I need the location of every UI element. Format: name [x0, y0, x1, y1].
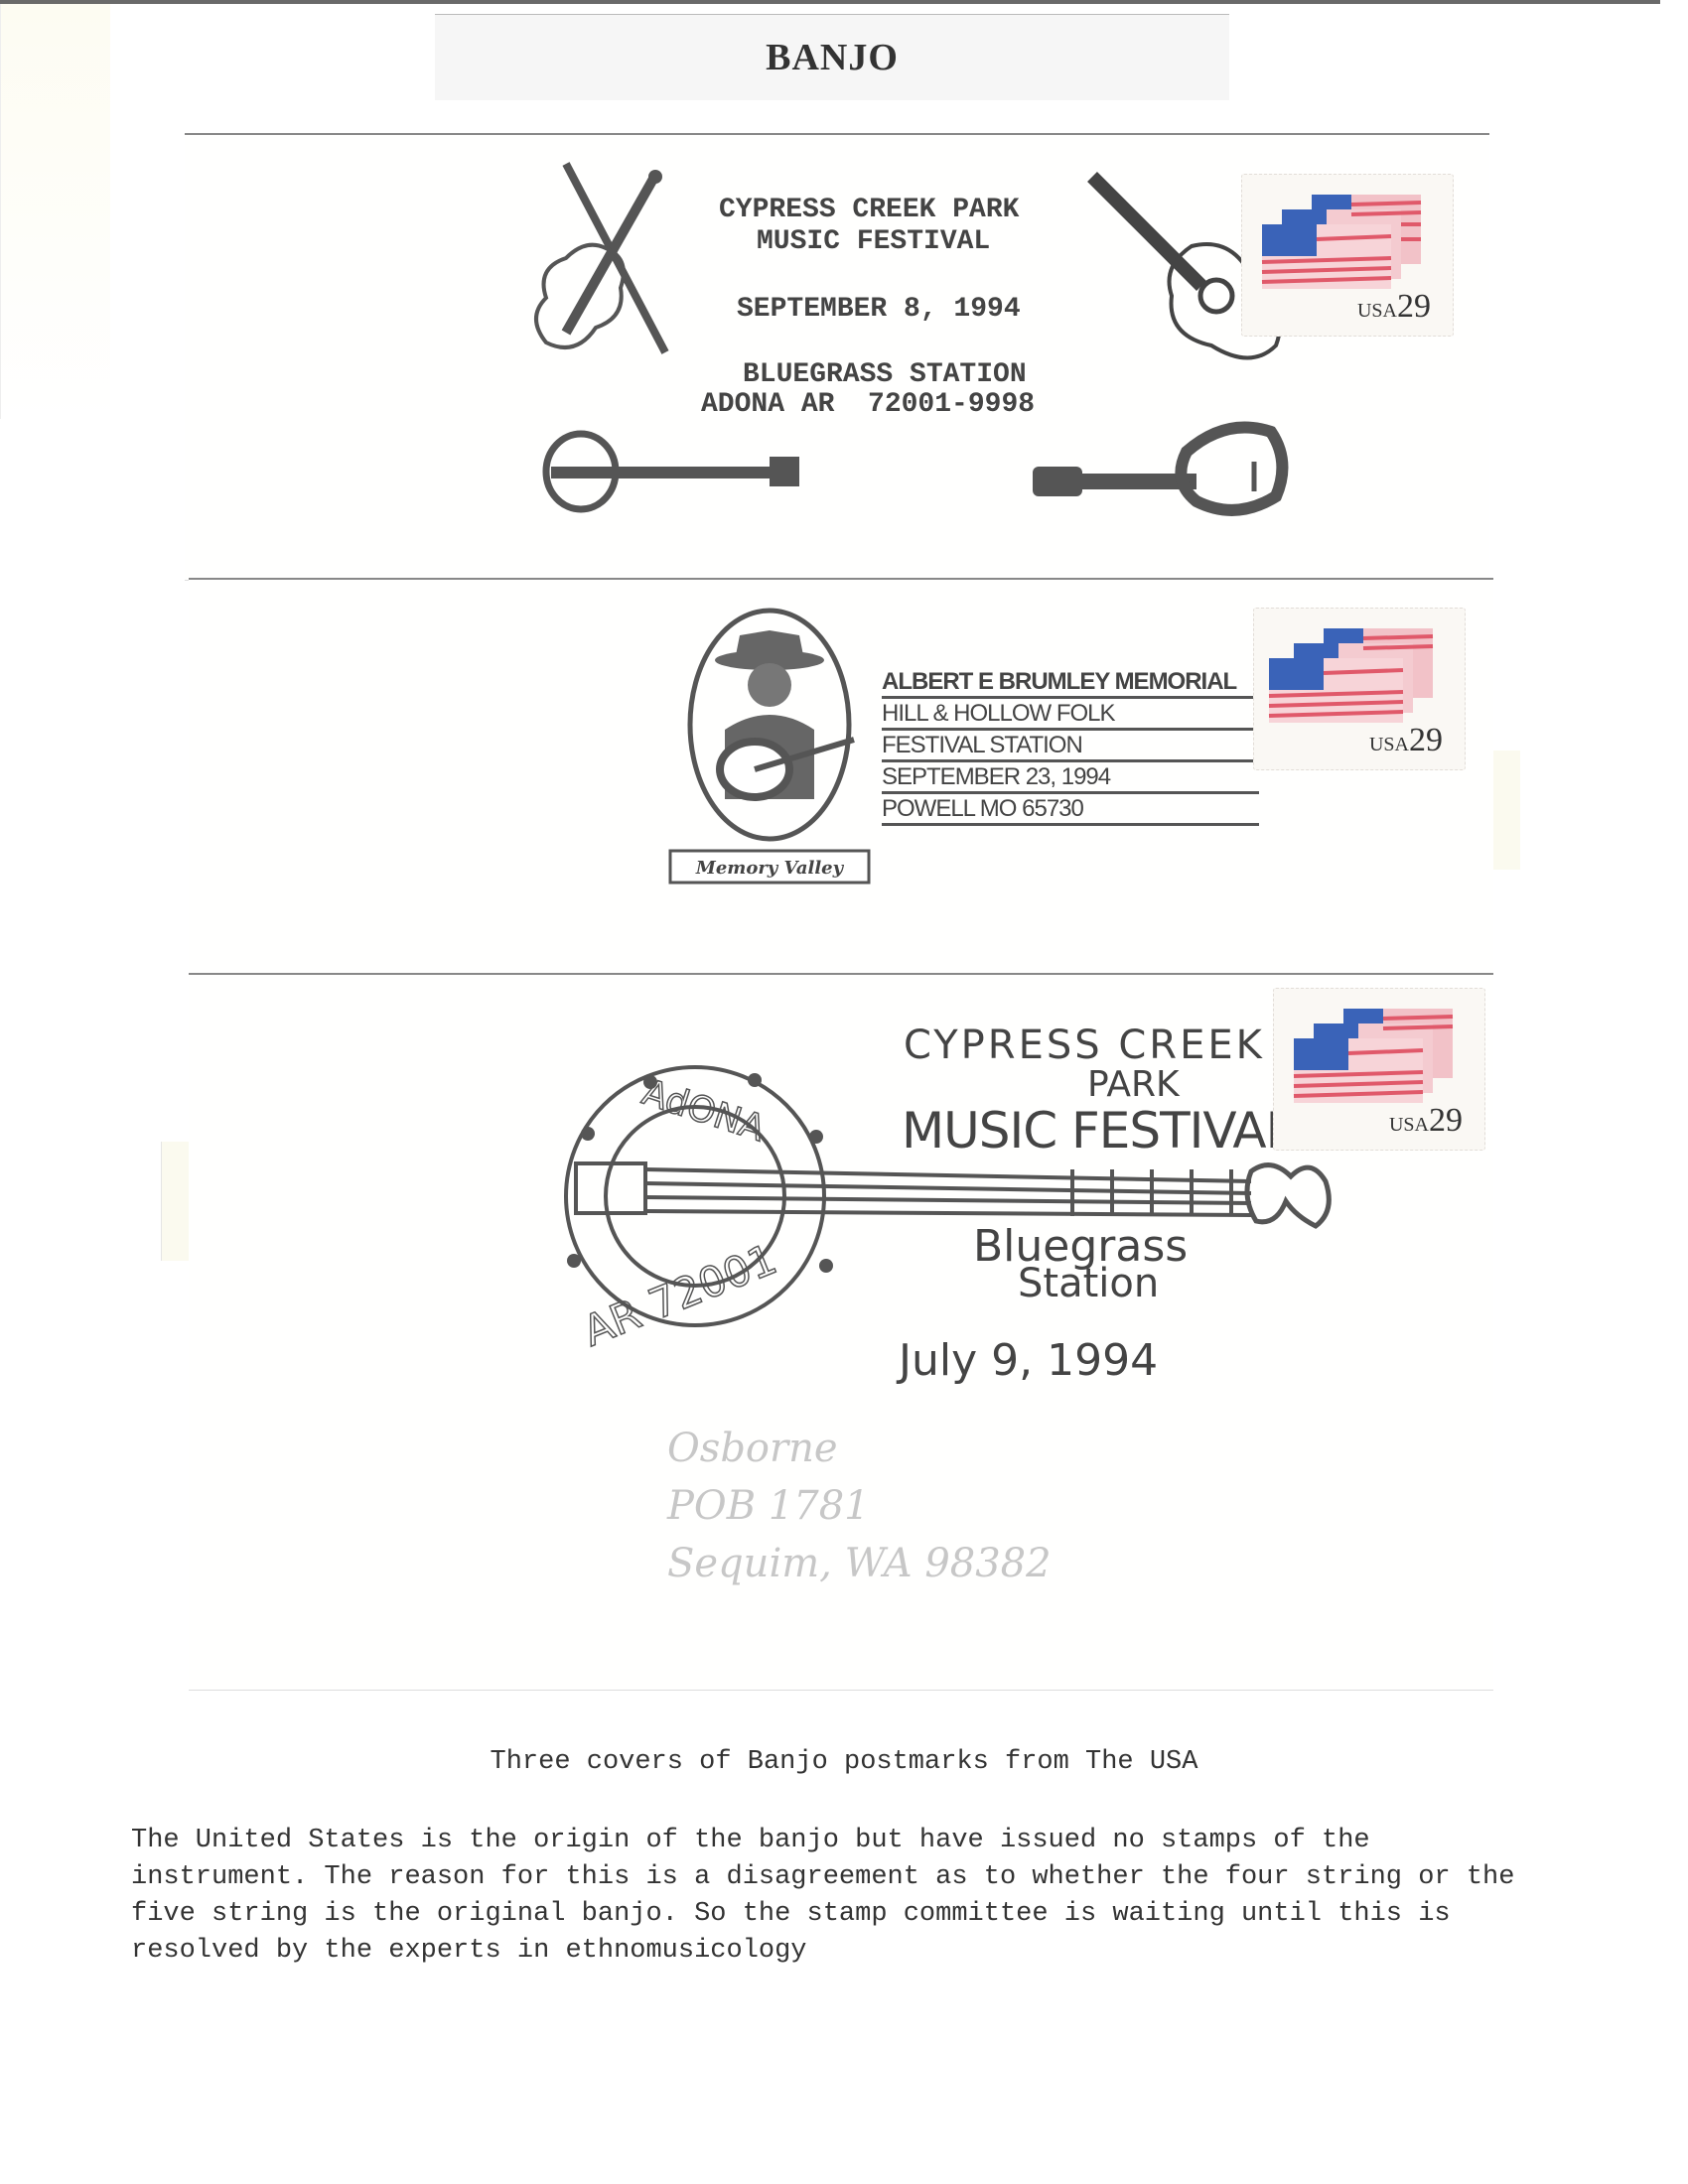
postmark-line: MUSIC FESTIVAL: [902, 1102, 1292, 1160]
postmark-date: July 9, 1994: [899, 1335, 1158, 1386]
postmark-line: SEPTEMBER 8, 1994: [737, 296, 1021, 324]
fiddle-icon: [506, 159, 675, 357]
banjo-postmark-drawing: AdONA AR 72001: [556, 1052, 1340, 1350]
postmark-line: FESTIVAL STATION: [882, 731, 1259, 762]
postmark-line: HILL & HOLLOW FOLK: [882, 699, 1259, 731]
postage-stamp: USA29: [1273, 988, 1485, 1151]
page-description: The United States is the origin of the b…: [131, 1823, 1541, 1970]
stamp-denomination: USA29: [1389, 1102, 1463, 1140]
top-rule: [0, 0, 1660, 4]
postmark-line: SEPTEMBER 23, 1994: [882, 762, 1259, 794]
vignette-label: Memory Valley: [695, 858, 845, 879]
stamp-denomination: USA29: [1357, 288, 1431, 326]
postmark-lines: ALBERT E BRUMLEY MEMORIAL HILL & HOLLOW …: [882, 667, 1259, 826]
postmark-line: ALBERT E BRUMLEY MEMORIAL: [882, 667, 1259, 699]
address-line: Osborne: [667, 1420, 1052, 1477]
page-title: BANJO: [766, 36, 899, 79]
flag-icon: [1284, 999, 1473, 1108]
mandolin-icon: [1028, 412, 1296, 521]
postmark-line: POWELL MO 65730: [882, 794, 1259, 826]
page-caption: Three covers of Banjo postmarks from The…: [0, 1747, 1688, 1777]
flag-icon: [1252, 185, 1441, 294]
postmark-line: PARK: [1087, 1064, 1180, 1105]
mount-corner: [0, 0, 110, 419]
flag-icon: [1264, 618, 1453, 728]
postage-stamp: USA29: [1241, 174, 1454, 337]
address-line: POB 1781: [667, 1477, 1052, 1535]
address-line: Sequim, WA 98382: [667, 1535, 1052, 1592]
stamp-denomination: USA29: [1369, 722, 1443, 759]
mount-tab: [161, 1142, 190, 1261]
banjo-player-vignette: Memory Valley: [665, 601, 874, 888]
postmark-line: BLUEGRASS STATION: [743, 361, 1027, 389]
title-box: BANJO: [435, 14, 1229, 100]
recipient-address: Osborne POB 1781 Sequim, WA 98382: [667, 1420, 1052, 1592]
banjo-icon: [541, 427, 809, 516]
postage-stamp: USA29: [1253, 608, 1466, 770]
postmark-line: Station: [1018, 1261, 1159, 1306]
postmark-line: CYPRESS CREEK: [904, 1023, 1265, 1068]
postmark-line: CYPRESS CREEK PARK: [719, 197, 1019, 224]
mount-tab: [1491, 751, 1520, 870]
postmark-line: ADONA AR 72001-9998: [701, 391, 1035, 419]
postmark-line: MUSIC FESTIVAL: [757, 228, 990, 256]
